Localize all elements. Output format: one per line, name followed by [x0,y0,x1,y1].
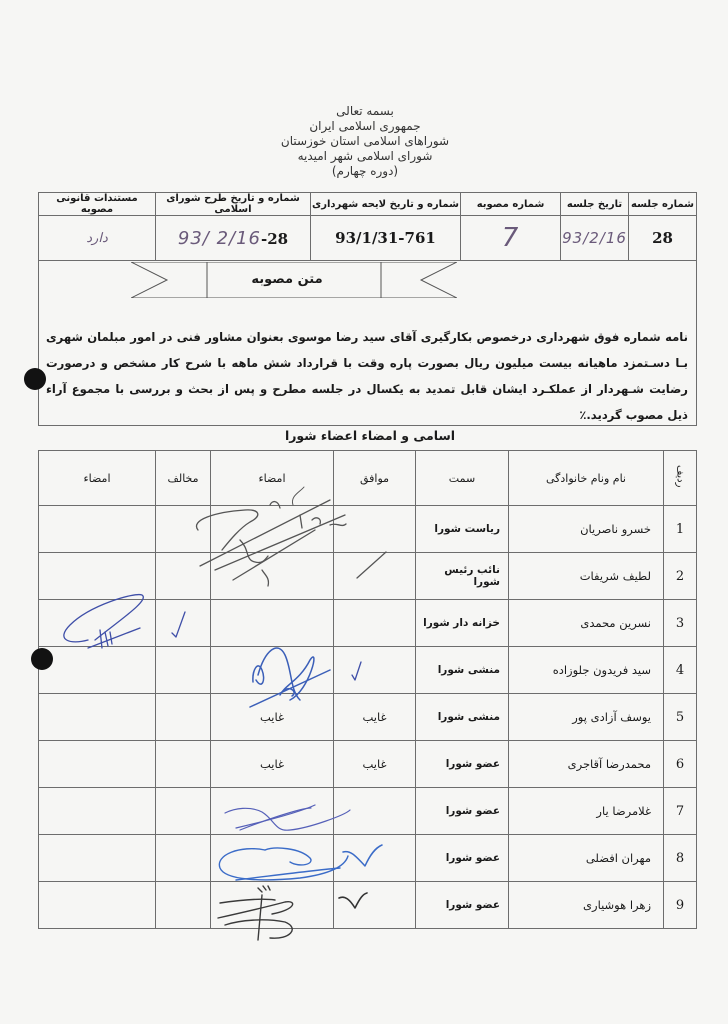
agree-cell [334,506,416,553]
signature-oppose-cell [39,788,156,835]
oppose-cell [156,741,211,788]
table-row: 2 لطیف شریفات نائب رئیس شورا [39,553,697,600]
header-line-province-councils: شوراهای اسلامی استان خوزستان [240,134,490,149]
signature-oppose-cell [39,741,156,788]
signature-cell [211,600,334,647]
member-role: عضو شورا [416,788,509,835]
row-number: 8 [664,835,697,882]
col-oppose: مخالف [156,451,211,506]
row-number: 4 [664,647,697,694]
signature-oppose-cell [39,600,156,647]
signature-cell: غایب [211,694,334,741]
members-table-header: ردیف نام ونام خانوادگی سمت موافق امضاء م… [39,451,697,506]
member-name: زهرا هوشیاری [509,882,664,929]
row-number: 5 [664,694,697,741]
col-position: سمت [416,451,509,506]
col-session-number: شماره جلسه [629,193,697,216]
member-name: غلامرضا یار [509,788,664,835]
col-legal-documents: مستندات قانونی مصوبه [39,193,156,216]
oppose-cell [156,600,211,647]
member-role: نائب رئیس شورا [416,553,509,600]
agree-cell [334,600,416,647]
letterhead: بسمه تعالی جمهوری اسلامی ایران شوراهای ا… [240,104,490,179]
oppose-cell [156,835,211,882]
resolution-text: نامه شماره فوق شهرداری درخصوص بکارگیری آ… [46,324,688,428]
members-table: ردیف نام ونام خانوادگی سمت موافق امضاء م… [38,450,697,929]
table-row: 7 غلامرضا یار عضو شورا [39,788,697,835]
signature-cell [211,506,334,553]
signature-oppose-cell [39,694,156,741]
table-row: 8 مهران افضلی عضو شورا [39,835,697,882]
member-name: لطیف شریفات [509,553,664,600]
punch-hole-icon [31,648,53,670]
member-role: عضو شورا [416,882,509,929]
col-session-date: تاریخ جلسه [561,193,629,216]
member-name: نسرین محمدی [509,600,664,647]
signature-oppose-cell [39,647,156,694]
signature-oppose-cell [39,835,156,882]
oppose-cell [156,694,211,741]
member-role: عضو شورا [416,741,509,788]
table-row: 5 یوسف آزادی پور منشی شورا غایب غایب [39,694,697,741]
member-role: منشی شورا [416,694,509,741]
member-name: محمدرضا آقاجری [509,741,664,788]
member-role: منشی شورا [416,647,509,694]
agree-cell [334,835,416,882]
member-name: سید فریدون جلوزاده [509,647,664,694]
col-signature-oppose: امضاء [39,451,156,506]
member-name: یوسف آزادی پور [509,694,664,741]
agree-cell: غایب [334,741,416,788]
session-table-header: شماره جلسه تاریخ جلسه شماره مصوبه شماره … [39,193,697,216]
signature-oppose-cell [39,882,156,929]
row-number: 2 [664,553,697,600]
col-row-number: ردیف [664,451,697,506]
oppose-cell [156,882,211,929]
header-line-country: جمهوری اسلامی ایران [240,119,490,134]
resolution-box: متن مصوبه نامه شماره فوق شهرداری درخصوص … [38,254,697,426]
agree-cell [334,882,416,929]
council-plan-printed: -28 [261,230,288,248]
row-number: 6 [664,741,697,788]
col-municipal-bill: شماره و تاریخ لایحه شهرداری [311,193,461,216]
signature-cell: غایب [211,741,334,788]
row-number: 1 [664,506,697,553]
council-plan-hand: 93/ 2/16 [178,228,261,249]
row-number: 7 [664,788,697,835]
member-role: خزانه دار شورا [416,600,509,647]
signature-oppose-cell [39,506,156,553]
header-line-city-council: شورای اسلامی شهر امیدیه [240,149,490,164]
signature-cell [211,882,334,929]
col-agree: موافق [334,451,416,506]
table-row: 3 نسرین محمدی خزانه دار شورا [39,600,697,647]
agree-cell [334,553,416,600]
signature-oppose-cell [39,553,156,600]
row-number: 3 [664,600,697,647]
table-row: 9 زهرا هوشیاری عضو شورا [39,882,697,929]
oppose-cell [156,506,211,553]
resolution-title: متن مصوبه [207,262,367,298]
signature-cell [211,788,334,835]
col-council-plan: شماره و تاریخ طرح شورای اسلامی [156,193,311,216]
agree-cell [334,788,416,835]
col-signature: امضاء [211,451,334,506]
punch-hole-icon [24,368,46,390]
header-line-bismillah: بسمه تعالی [240,104,490,119]
table-row: 4 سید فریدون جلوزاده منشی شورا [39,647,697,694]
oppose-cell [156,553,211,600]
session-info-table: شماره جلسه تاریخ جلسه شماره مصوبه شماره … [38,192,697,261]
table-row: 1 خسرو ناصریان ریاست شورا [39,506,697,553]
signature-cell [211,835,334,882]
member-role: ریاست شورا [416,506,509,553]
col-resolution-number: شماره مصوبه [461,193,561,216]
member-name: خسرو ناصریان [509,506,664,553]
agree-cell: غایب [334,694,416,741]
row-number: 9 [664,882,697,929]
table-row: 6 محمدرضا آقاجری عضو شورا غایب غایب [39,741,697,788]
header-line-term: (دوره چهارم) [240,164,490,179]
col-full-name: نام ونام خانوادگی [509,451,664,506]
oppose-cell [156,647,211,694]
oppose-cell [156,788,211,835]
member-role: عضو شورا [416,835,509,882]
member-name: مهران افضلی [509,835,664,882]
signature-cell [211,647,334,694]
signature-cell [211,553,334,600]
agree-cell [334,647,416,694]
members-title: اسامی و امضاء اعضاء شورا [260,428,480,443]
